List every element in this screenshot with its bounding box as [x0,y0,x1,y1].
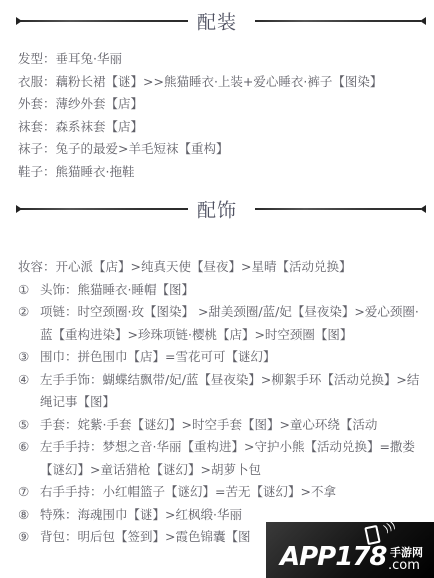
outfit-item-hair: 发型：垂耳兔·华丽 [18,48,428,71]
outfit-list: 发型：垂耳兔·华丽 衣服：藕粉长裙【谜】>>熊猫睡衣·上装+爱心睡衣·裤子【图染… [18,48,428,183]
divider-line [255,20,421,22]
item-number: ⑨ [18,526,40,549]
accessory-item-left-wrist: ④ 左手手饰：蝴蝶结飘带/妃/蓝【昼夜染】>柳絮手环【活动兑换】>结绳记事【图】 [18,369,428,414]
accessory-item-scarf: ③ 围巾：拼色围巾【店】=雪花可可【谜幻】 [18,346,428,369]
item-number: ③ [18,346,40,369]
accessory-item-necklace: ② 项链：时空颈圈·玫【图染】 >甜美颈圈/蓝/妃【昼夜染】>爱心颈圈·蓝【重构… [18,301,428,346]
outfit-item-socks: 袜子：兔子的最爱>羊毛短袜【重构】 [18,138,428,161]
accessory-item-gloves: ⑤ 手套：姹紫·手套【谜幻】>时空手套【图】>童心环绕【活动 [18,414,428,437]
item-number: ② [18,301,40,324]
section-header-accessories: 配饰 [0,194,434,224]
watermark-logo: ))) APP178 手游网 .com [266,522,434,578]
outfit-item-sock-cover: 袜套：森系袜套【店】 [18,116,428,139]
item-text: 右手手持：小红帽篮子【谜幻】=苦无【谜幻】>不拿 [40,481,428,504]
arrow-right-icon [420,17,426,25]
accessory-item-headwear: ① 头饰：熊猫睡衣·睡帽【图】 [18,279,428,302]
outfit-item-clothes: 衣服：藕粉长裙【谜】>>熊猫睡衣·上装+爱心睡衣·裤子【图染】 [18,71,428,94]
item-text: 左手手饰：蝴蝶结飘带/妃/蓝【昼夜染】>柳絮手环【活动兑换】>结绳记事【图】 [40,369,428,414]
item-number: ④ [18,369,40,392]
accessory-item-makeup: 妆容：开心派【店】>纯真天使【昼夜】>星晴【活动兑换】 [18,256,428,279]
divider-line [255,208,421,210]
item-text: 左手手持：梦想之音·华丽【重构进】>守护小熊【活动兑换】=撒娄【谜幻】>童话猎枪… [40,436,428,481]
item-number: ① [18,279,40,302]
outfit-item-shoes: 鞋子：熊猫睡衣·拖鞋 [18,161,428,184]
item-text: 手套：姹紫·手套【谜幻】>时空手套【图】>童心环绕【活动 [40,414,428,437]
item-number: ⑦ [18,481,40,504]
item-number: ⑤ [18,414,40,437]
item-number: ⑧ [18,504,40,527]
watermark-brand: APP178 [280,542,387,572]
outfit-item-coat: 外套：薄纱外套【店】 [18,93,428,116]
signal-icon: ))) [382,522,398,535]
accessories-list: 妆容：开心派【店】>纯真天使【昼夜】>星晴【活动兑换】 ① 头饰：熊猫睡衣·睡帽… [18,256,428,549]
item-text: 围巾：拼色围巾【店】=雪花可可【谜幻】 [40,346,428,369]
accessory-item-right-hand-held: ⑦ 右手手持：小红帽篮子【谜幻】=苦无【谜幻】>不拿 [18,481,428,504]
accessory-item-left-hand-held: ⑥ 左手手持：梦想之音·华丽【重构进】>守护小熊【活动兑换】=撒娄【谜幻】>童话… [18,436,428,481]
item-text: 头饰：熊猫睡衣·睡帽【图】 [40,279,428,302]
watermark-domain: .com [388,558,420,573]
item-number: ⑥ [18,436,40,459]
arrow-right-icon [420,205,426,213]
section-header-outfit: 配装 [0,6,434,36]
item-text: 项链：时空颈圈·玫【图染】 >甜美颈圈/蓝/妃【昼夜染】>爱心颈圈·蓝【重构进染… [40,301,428,346]
